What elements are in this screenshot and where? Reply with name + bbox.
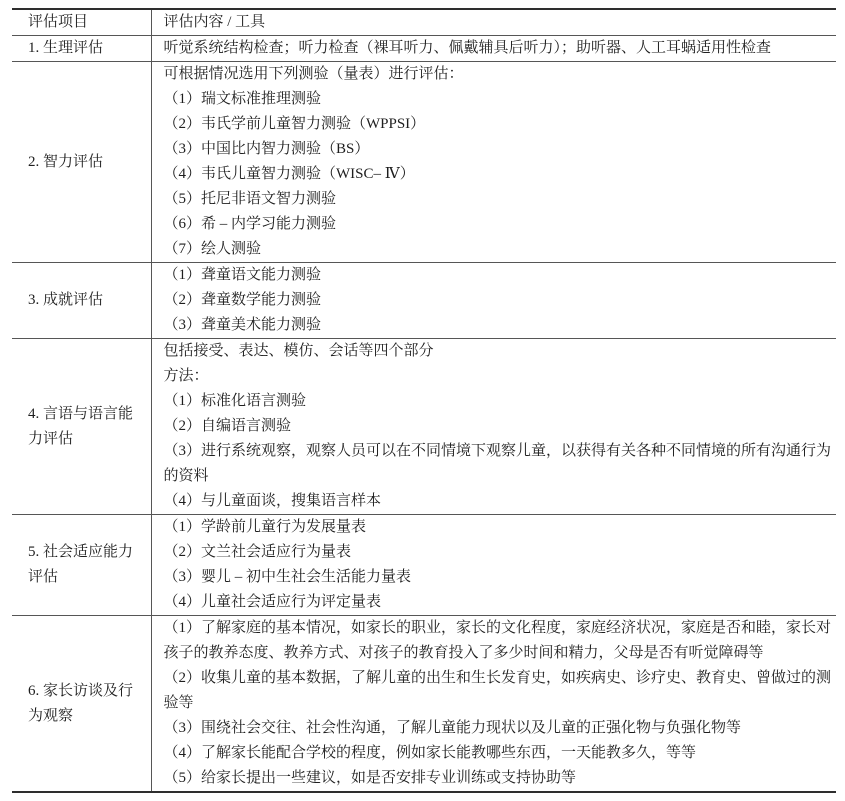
assessment-content-text: （5）托尼非语文智力测验	[164, 187, 831, 212]
assessment-content-text: （4）了解家长能配合学校的程度，例如家长能教哪些东西，一天能教多久，等等	[164, 741, 831, 766]
assessment-content-text: （7）绘人测验	[164, 237, 831, 262]
assessment-content-text: （6）希 – 内学习能力测验	[164, 212, 831, 237]
assessment-content-text: 方法：	[164, 364, 831, 389]
assessment-item-text: 4. 言语与语言能	[28, 402, 145, 427]
table-row: 1. 生理评估听觉系统结构检查；听力检查（裸耳听力、佩戴辅具后听力）；助听器、人…	[12, 36, 836, 62]
assessment-content-cell: 包括接受、表达、模仿、会话等四个部分方法：（1）标准化语言测验（2）自编语言测验…	[151, 339, 836, 515]
assessment-item-text: 力评估	[28, 427, 145, 452]
assessment-content-text: （4）儿童社会适应行为评定量表	[164, 590, 831, 615]
assessment-content-cell: （1）学龄前儿童行为发展量表（2）文兰社会适应行为量表（3）婴儿 – 初中生社会…	[151, 515, 836, 616]
assessment-content-text: （2）收集儿童的基本数据，了解儿童的出生和生长发育史，如疾病史、诊疗史、教育史、…	[164, 666, 831, 691]
table-row: 2. 智力评估可根据情况选用下列测验（量表）进行评估：（1）瑞文标准推理测验（2…	[12, 62, 836, 263]
assessment-item-text: 3. 成就评估	[28, 288, 145, 313]
assessment-content-text: 可根据情况选用下列测验（量表）进行评估：	[164, 62, 831, 87]
assessment-item-cell: 4. 言语与语言能力评估	[12, 339, 151, 515]
assessment-content-text: （3）围绕社会交往、社会性沟通，了解儿童能力现状以及儿童的正强化物与负强化物等	[164, 716, 831, 741]
assessment-item-cell: 2. 智力评估	[12, 62, 151, 263]
assessment-item-text: 2. 智力评估	[28, 150, 145, 175]
assessment-content-text: （3）聋童美术能力测验	[164, 313, 831, 338]
table-row: 4. 言语与语言能力评估包括接受、表达、模仿、会话等四个部分方法：（1）标准化语…	[12, 339, 836, 515]
assessment-content-text: （4）韦氏儿童智力测验（WISC– Ⅳ）	[164, 162, 831, 187]
header-cell-content: 评估内容 / 工具	[151, 9, 836, 36]
assessment-item-cell: 3. 成就评估	[12, 263, 151, 339]
document-page: 评估项目 评估内容 / 工具 1. 生理评估听觉系统结构检查；听力检查（裸耳听力…	[0, 0, 845, 793]
assessment-item-cell: 6. 家长访谈及行为观察	[12, 616, 151, 793]
assessment-item-text: 5. 社会适应能力	[28, 540, 145, 565]
assessment-item-text: 评估	[28, 565, 145, 590]
assessment-content-text: （1）学龄前儿童行为发展量表	[164, 515, 831, 540]
assessment-content-text: 验等	[164, 691, 831, 716]
assessment-content-text: （2）韦氏学前儿童智力测验（WPPSI）	[164, 112, 831, 137]
assessment-content-cell: （1）了解家庭的基本情况，如家长的职业，家长的文化程度，家庭经济状况，家庭是否和…	[151, 616, 836, 793]
assessment-content-text: 包括接受、表达、模仿、会话等四个部分	[164, 339, 831, 364]
assessment-item-text: 1. 生理评估	[28, 36, 145, 61]
assessment-content-text: （2）自编语言测验	[164, 414, 831, 439]
assessment-content-text: （1）瑞文标准推理测验	[164, 87, 831, 112]
header-cell-item: 评估项目	[12, 9, 151, 36]
assessment-item-cell: 1. 生理评估	[12, 36, 151, 62]
assessment-content-cell: 可根据情况选用下列测验（量表）进行评估：（1）瑞文标准推理测验（2）韦氏学前儿童…	[151, 62, 836, 263]
header-content-label: 评估内容 / 工具	[164, 10, 831, 35]
assessment-item-text: 为观察	[28, 704, 145, 729]
table-row: 5. 社会适应能力评估（1）学龄前儿童行为发展量表（2）文兰社会适应行为量表（3…	[12, 515, 836, 616]
assessment-content-text: 听觉系统结构检查；听力检查（裸耳听力、佩戴辅具后听力）；助听器、人工耳蜗适用性检…	[164, 36, 831, 61]
assessment-content-text: （5）给家长提出一些建议，如是否安排专业训练或支持协助等	[164, 766, 831, 791]
assessment-content-cell: （1）聋童语文能力测验（2）聋童数学能力测验（3）聋童美术能力测验	[151, 263, 836, 339]
assessment-item-cell: 5. 社会适应能力评估	[12, 515, 151, 616]
assessment-content-text: （4）与儿童面谈，搜集语言样本	[164, 489, 831, 514]
assessment-content-text: （3）中国比内智力测验（BS）	[164, 137, 831, 162]
assessment-content-text: （1）标准化语言测验	[164, 389, 831, 414]
header-row: 评估项目 评估内容 / 工具	[12, 9, 836, 36]
assessment-item-text: 6. 家长访谈及行	[28, 679, 145, 704]
table-row: 3. 成就评估（1）聋童语文能力测验（2）聋童数学能力测验（3）聋童美术能力测验	[12, 263, 836, 339]
assessment-content-text: （2）文兰社会适应行为量表	[164, 540, 831, 565]
header-item-label: 评估项目	[28, 10, 145, 35]
assessment-content-text: 的资料	[164, 464, 831, 489]
assessment-table: 评估项目 评估内容 / 工具 1. 生理评估听觉系统结构检查；听力检查（裸耳听力…	[12, 8, 836, 793]
table-row: 6. 家长访谈及行为观察（1）了解家庭的基本情况，如家长的职业，家长的文化程度，…	[12, 616, 836, 793]
assessment-content-text: （1）聋童语文能力测验	[164, 263, 831, 288]
assessment-content-text: （3）婴儿 – 初中生社会生活能力量表	[164, 565, 831, 590]
assessment-content-cell: 听觉系统结构检查；听力检查（裸耳听力、佩戴辅具后听力）；助听器、人工耳蜗适用性检…	[151, 36, 836, 62]
assessment-content-text: 孩子的教养态度、教养方式、对孩子的教育投入了多少时间和精力，父母是否有听觉障碍等	[164, 641, 831, 666]
table-body: 1. 生理评估听觉系统结构检查；听力检查（裸耳听力、佩戴辅具后听力）；助听器、人…	[12, 36, 836, 793]
assessment-content-text: （2）聋童数学能力测验	[164, 288, 831, 313]
table-header: 评估项目 评估内容 / 工具	[12, 9, 836, 36]
scanned-document-page: { "page": { "background": "#ffffff", "te…	[0, 0, 845, 801]
assessment-content-text: （1）了解家庭的基本情况，如家长的职业，家长的文化程度，家庭经济状况，家庭是否和…	[164, 616, 831, 641]
assessment-content-text: （3）进行系统观察，观察人员可以在不同情境下观察儿童，以获得有关各种不同情境的所…	[164, 439, 831, 464]
